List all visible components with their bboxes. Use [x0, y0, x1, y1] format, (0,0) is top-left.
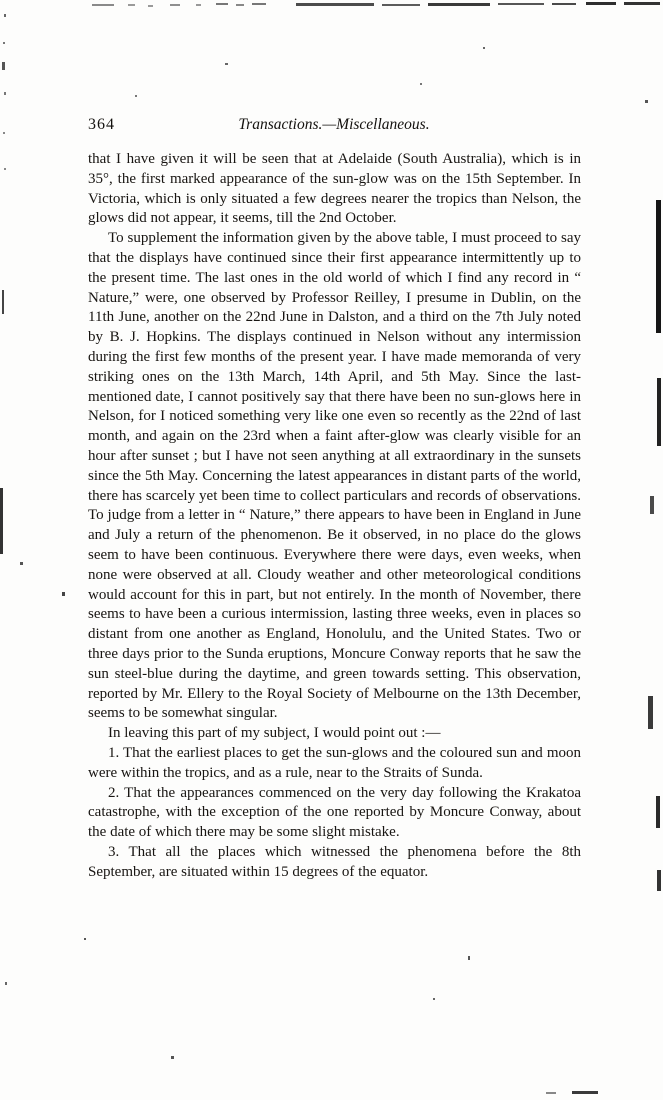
- scan-artifact: [483, 47, 485, 49]
- scan-artifact: [62, 592, 65, 596]
- scan-artifact: [4, 168, 6, 170]
- scan-artifact: [135, 95, 137, 97]
- scan-artifact: [657, 870, 661, 891]
- paragraph: 1. That the earliest places to get the s…: [88, 744, 581, 784]
- paragraph: that I have given it will be seen that a…: [88, 150, 581, 229]
- scan-artifact: [5, 982, 7, 985]
- paragraph: In leaving this part of my subject, I wo…: [88, 724, 581, 744]
- scan-artifact: [572, 1091, 598, 1094]
- scan-artifact: [648, 696, 653, 729]
- scan-artifact: [657, 378, 661, 446]
- scan-artifact: [84, 938, 86, 940]
- scan-artifact: [552, 3, 576, 5]
- running-title: Transactions.—Miscellaneous.: [88, 116, 580, 134]
- scan-artifact: [196, 4, 201, 6]
- scan-artifact: [128, 4, 135, 6]
- scan-artifact: [498, 3, 544, 5]
- scan-artifact: [656, 796, 660, 828]
- scan-artifact: [2, 290, 4, 314]
- scan-artifact: [468, 956, 470, 960]
- scan-artifact: [433, 998, 435, 1000]
- scan-artifact: [236, 4, 244, 6]
- scan-artifact: [0, 488, 3, 554]
- scan-artifact: [546, 1092, 556, 1094]
- scan-artifact: [170, 4, 180, 6]
- scan-artifact: [3, 132, 5, 134]
- paragraph: 2. That the appearances commenced on the…: [88, 784, 581, 843]
- scan-artifact: [428, 3, 490, 6]
- scan-artifact: [4, 14, 6, 17]
- scan-artifact: [2, 62, 5, 70]
- scan-artifact: [656, 200, 661, 333]
- paragraph: 3. That all the places which witnessed t…: [88, 843, 581, 883]
- scan-artifact: [92, 4, 114, 6]
- scan-artifact: [3, 42, 5, 44]
- scanned-book-page: 364 Transactions.—Miscellaneous. that I …: [0, 0, 663, 1100]
- scan-artifact: [148, 5, 153, 7]
- scan-artifact: [645, 100, 648, 103]
- scan-artifact: [225, 63, 228, 65]
- scan-artifact: [296, 3, 374, 6]
- paragraph: To supplement the information given by t…: [88, 229, 581, 724]
- scan-artifact: [420, 83, 422, 85]
- scan-artifact: [20, 562, 23, 565]
- body-text: that I have given it will be seen that a…: [88, 150, 581, 882]
- scan-artifact: [4, 92, 6, 95]
- scan-artifact: [171, 1056, 174, 1059]
- scan-artifact: [252, 3, 266, 5]
- scan-artifact: [624, 2, 660, 5]
- scan-artifact: [382, 4, 420, 6]
- page-header: 364 Transactions.—Miscellaneous.: [88, 116, 580, 138]
- scan-artifact: [586, 2, 616, 5]
- scan-artifact: [216, 3, 228, 5]
- scan-artifact: [650, 496, 654, 514]
